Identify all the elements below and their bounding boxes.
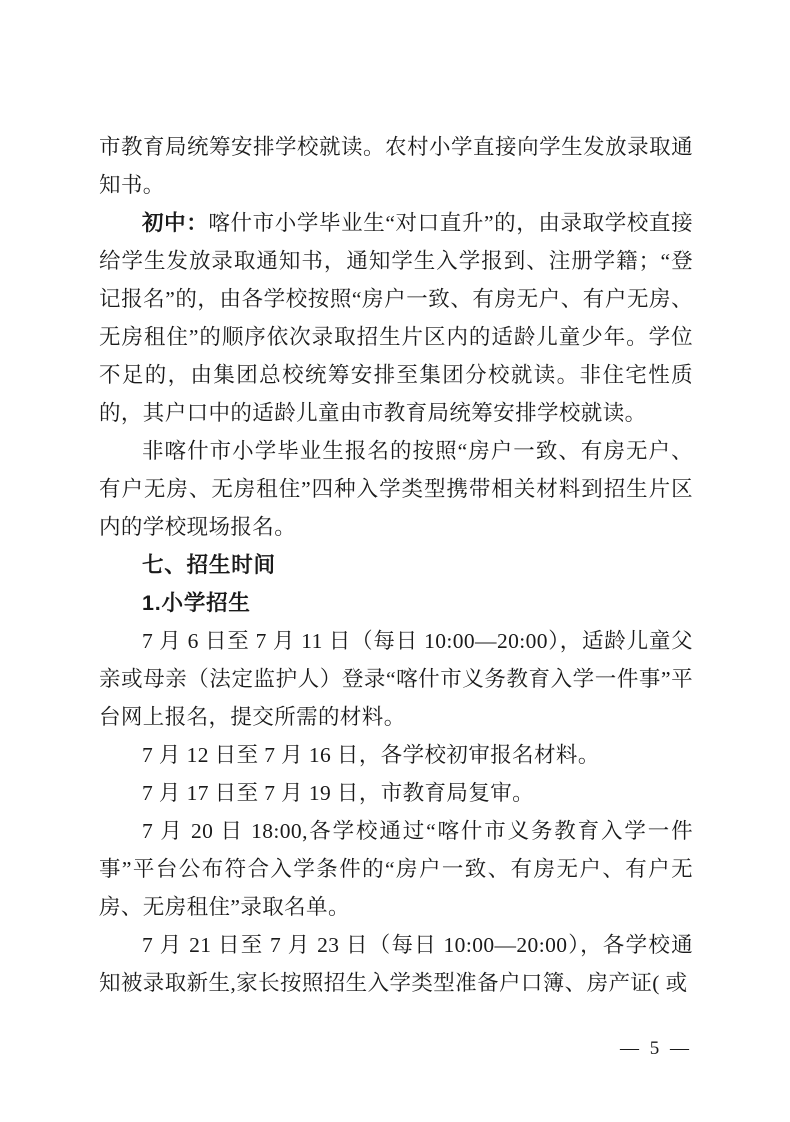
paragraph-july-17-19-recheck: 7 月 17 日至 7 月 19 日，市教育局复审。 <box>99 774 693 812</box>
paragraph-non-kashgar-graduates: 非喀什市小学毕业生报名的按照“房户一致、有房无户、有户无房、无房租住”四种入学类… <box>99 432 693 546</box>
page-number-footer: — 5 — <box>620 1038 692 1060</box>
paragraph-july-6-11-registration: 7 月 6 日至 7 月 11 日（每日 10:00—20:00），适龄儿童父亲… <box>99 622 693 736</box>
paragraph-july-20-publish-list: 7 月 20 日 18:00,各学校通过“喀什市义务教育入学一件事”平台公布符合… <box>99 812 693 926</box>
paragraph-july-21-23-notify: 7 月 21 日至 7 月 23 日（每日 10:00—20:00），各学校通知… <box>99 926 693 1002</box>
paragraph-city-bureau-arrangement: 市教育局统筹安排学校就读。农村小学直接向学生发放录取通知书。 <box>99 128 693 204</box>
paragraph-junior-high-text: 喀什市小学毕业生“对口直升”的，由录取学校直接给学生发放录取通知书，通知学生入学… <box>99 211 693 425</box>
paragraph-july-12-16-review: 7 月 12 日至 7 月 16 日，各学校初审报名材料。 <box>99 736 693 774</box>
heading-enrollment-time: 七、招生时间 <box>99 546 693 584</box>
paragraph-lead-junior-high: 初中： <box>142 211 208 235</box>
heading-primary-school-enrollment: 1.小学招生 <box>99 584 693 622</box>
document-page-body: 市教育局统筹安排学校就读。农村小学直接向学生发放录取通知书。 初中：喀什市小学毕… <box>99 128 693 1002</box>
paragraph-junior-high: 初中：喀什市小学毕业生“对口直升”的，由录取学校直接给学生发放录取通知书，通知学… <box>99 204 693 432</box>
